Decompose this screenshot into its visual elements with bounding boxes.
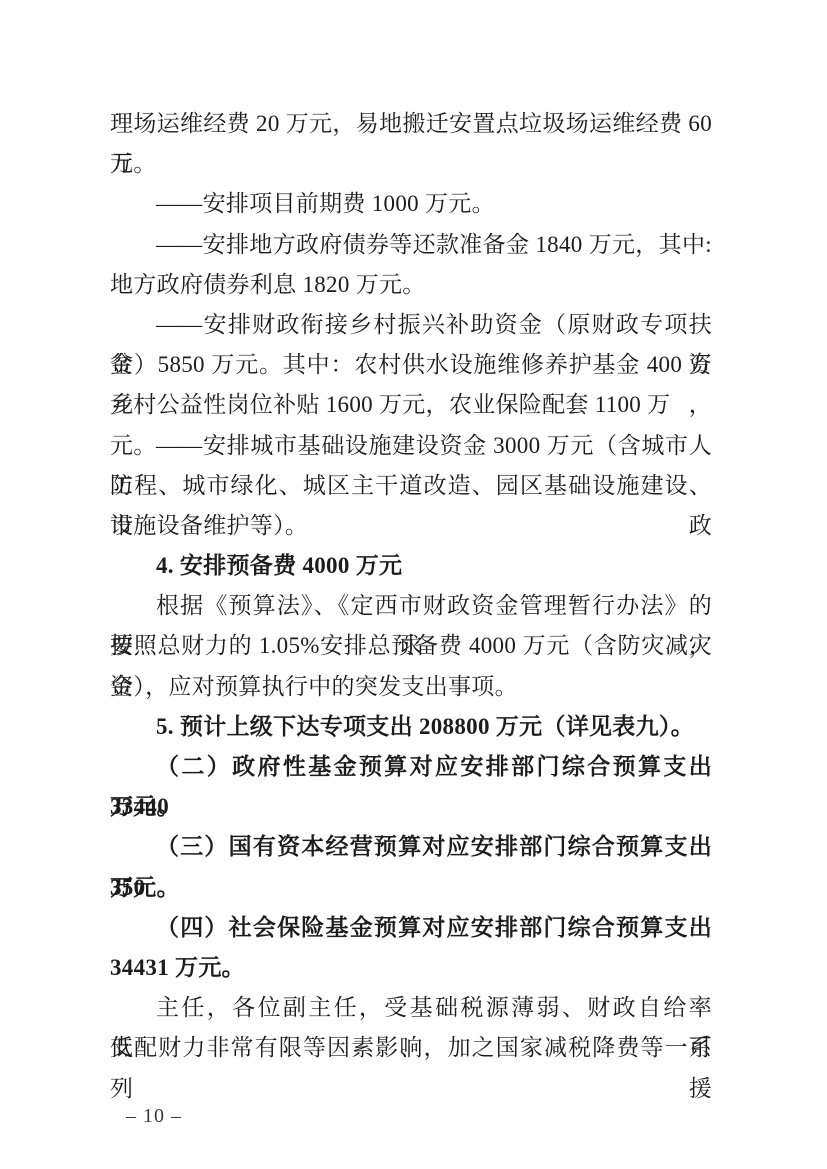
text-line: ——安排财政衔接乡村振兴补助资金（原财政专项扶贫资	[110, 305, 712, 345]
text-line: 地方政府债券利息 1820 万元。	[110, 265, 712, 305]
text-line: 万元。	[110, 787, 712, 827]
text-line: 根据《预算法》、《定西市财政资金管理暂行办法》的要求，	[110, 586, 712, 626]
text-line: 按照总财力的 1.05%安排总预备费 4000 万元（含防灾减灾资	[110, 626, 712, 666]
text-line: 元。	[110, 144, 712, 184]
text-line: ——安排项目前期费 1000 万元。	[110, 184, 712, 224]
text-line: 支配财力非常有限等因素影响，加之国家减税降费等一系列援	[110, 1028, 712, 1068]
page-number: – 10 –	[126, 1102, 182, 1130]
text-line: （二）政府性基金预算对应安排部门综合预算支出 33440	[110, 747, 712, 787]
text-line: （三）国有资本经营预算对应安排部门综合预算支出 350	[110, 827, 712, 867]
text-line: 主任，各位副主任，受基础税源薄弱、财政自给率低、可	[110, 988, 712, 1028]
text-line: 乡村公益性岗位补贴 1600 万元，农业保险配套 1100 万元。	[110, 385, 712, 425]
text-line: ——安排地方政府债券等还款准备金 1840 万元，其中:	[110, 225, 712, 265]
text-line: 工程、城市绿化、城区主干道改造、园区基础设施建设、市政	[110, 466, 712, 506]
text-line: 4. 安排预备费 4000 万元	[110, 546, 712, 586]
document-body: 理场运维经费 20 万元，易地搬迁安置点垃圾场运维经费 60 万元。——安排项目…	[110, 104, 712, 1069]
text-line: 金），应对预算执行中的突发支出事项。	[110, 667, 712, 707]
text-line: 5. 预计上级下达专项支出 208800 万元（详见表九）。	[110, 707, 712, 747]
document-page: 理场运维经费 20 万元，易地搬迁安置点垃圾场运维经费 60 万元。——安排项目…	[0, 0, 827, 1169]
text-line: ——安排城市基础设施建设资金 3000 万元（含城市人防	[110, 426, 712, 466]
text-line: 万元。	[110, 868, 712, 908]
text-line: 理场运维经费 20 万元，易地搬迁安置点垃圾场运维经费 60 万	[110, 104, 712, 144]
text-line: 金）5850 万元。其中：农村供水设施维修养护基金 400 万元，	[110, 345, 712, 385]
text-line: （四）社会保险基金预算对应安排部门综合预算支出	[110, 908, 712, 948]
text-line: 34431 万元。	[110, 948, 712, 988]
